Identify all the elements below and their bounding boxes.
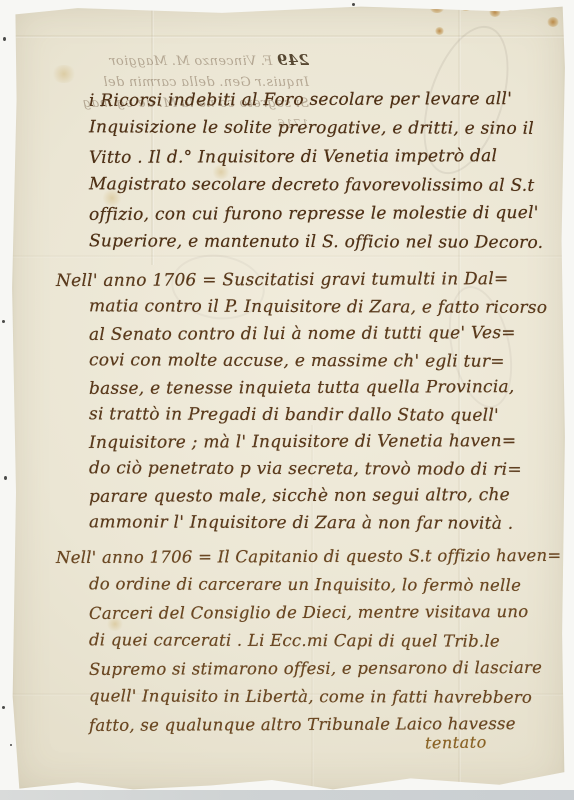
handwritten-line: Magistrato secolare decreto favorevoliss…	[56, 170, 530, 200]
handwritten-line: ammonir l' Inquisitore di Zara à non far…	[56, 509, 530, 538]
handwritten-line: basse, e tenesse inquieta tutta quella P…	[56, 374, 530, 403]
handwritten-line: matia contro il P. Inquisitore di Zara, …	[56, 293, 530, 322]
handwritten-line: Nell' anno 1706 = Il Capitanio di questo…	[56, 542, 530, 572]
manuscript-photo: 249 F. Vincenzo M. Maggior Inquis.r Gen.…	[0, 0, 574, 800]
dust-speck	[3, 37, 6, 41]
handwritten-line: di quei carcerati . Li Ecc.mi Capi di qu…	[56, 626, 530, 656]
handwritten-line: si trattò in Pregadi di bandir dallo Sta…	[56, 401, 530, 430]
dust-speck	[4, 476, 7, 480]
handwritten-line: Inquisitore ; mà l' Inquisitore di Venet…	[56, 428, 530, 457]
paragraph-1: i Ricorsi indebiti al Foro secolare per …	[56, 86, 530, 256]
paragraph-3: Nell' anno 1706 = Il Capitanio di questo…	[56, 543, 530, 739]
handwritten-line: Carceri del Consiglio de Dieci, mentre v…	[56, 598, 530, 628]
handwritten-line: i Ricorsi indebiti al Foro secolare per …	[56, 85, 530, 115]
dust-speck	[352, 3, 355, 6]
handwritten-line: quell' Inquisito in Libertà, come in fat…	[56, 682, 530, 712]
handwritten-line: Inquisizione le solite prerogative, e dr…	[56, 114, 530, 144]
bleedthrough-number: 249	[277, 51, 309, 69]
dust-speck	[10, 744, 12, 746]
rust-stain	[429, 1, 445, 13]
dust-speck	[2, 706, 5, 709]
handwritten-line: Superiore, e mantenuto il S. officio nel…	[56, 227, 530, 257]
rust-stain	[459, 0, 473, 11]
bleedthrough-line: F. Vincenzo M. Maggior	[109, 54, 272, 69]
handwritten-line: do ordine di carcerare un Inquisito, lo …	[56, 570, 530, 600]
fold-crease	[11, 35, 566, 38]
handwritten-line: do ciò penetrato p via secreta, trovò mo…	[56, 455, 530, 484]
handwritten-line: covi con molte accuse, e massime ch' egl…	[56, 347, 530, 376]
rust-stain	[547, 17, 559, 27]
dust-speck	[2, 320, 5, 323]
scan-background-edge	[0, 790, 574, 800]
handwritten-line: parare questo male, sicchè non segui alt…	[56, 482, 530, 511]
handwritten-line: Supremo si stimarono offesi, e pensarono…	[56, 654, 530, 684]
handwritten-line: Nell' anno 1706 = Suscitatisi gravi tumu…	[56, 266, 530, 295]
rust-stain	[435, 27, 444, 35]
catchword: tentato	[425, 732, 487, 752]
rust-stain	[489, 7, 501, 17]
paragraph-2: Nell' anno 1706 = Suscitatisi gravi tumu…	[56, 267, 530, 537]
handwritten-line: Vitto . Il d.° Inquisitore di Venetia im…	[56, 142, 530, 172]
handwritten-line: offizio, con cui furono represse le mole…	[56, 199, 530, 229]
handwritten-line: al Senato contro di lui à nome di tutti …	[56, 320, 530, 349]
paper-sheet: 249 F. Vincenzo M. Maggior Inquis.r Gen.…	[11, 5, 566, 791]
rust-stain	[505, 2, 515, 11]
